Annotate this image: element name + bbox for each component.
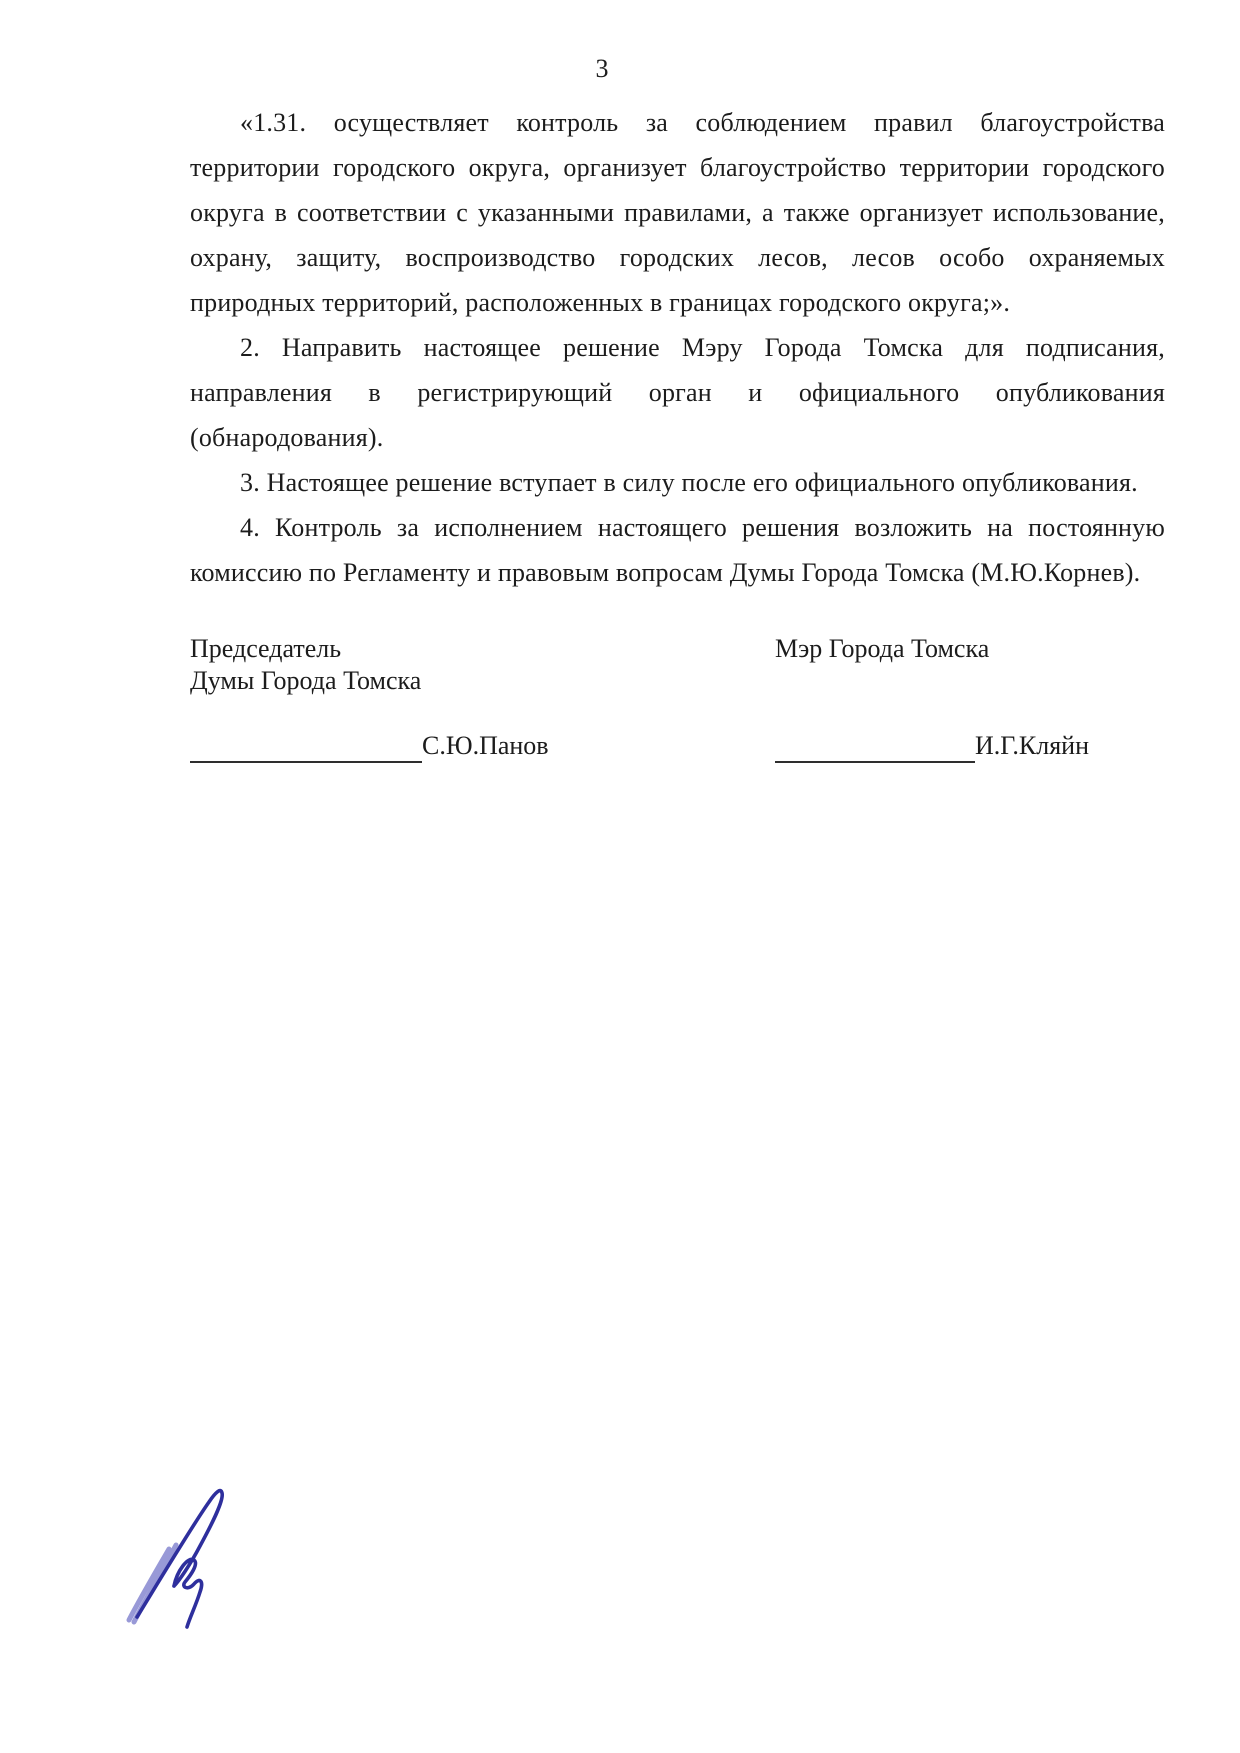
left-signature-line: С.Ю.Панов [190,729,549,763]
signature-ink-path [137,1491,222,1627]
signature-ink-shade-path [129,1545,176,1622]
signature-block: Председатель Думы Города Томска Мэр Горо… [190,633,1165,773]
right-signature-line: И.Г.Кляйн [775,729,1089,763]
paragraph-3: 3. Настоящее решение вступает в силу пос… [190,460,1165,505]
handwritten-signature-mark [113,1478,245,1636]
left-signatory-name: С.Ю.Панов [422,729,549,763]
paragraph-2: 2. Направить настоящее решение Мэру Горо… [190,325,1165,460]
left-signatory-title: Председатель Думы Города Томска [190,633,421,697]
right-signatory-name: И.Г.Кляйн [975,729,1089,763]
right-signatory-title: Мэр Города Томска [775,633,989,665]
signature-rule-left [190,732,422,763]
signature-rule-right [775,732,975,763]
paragraph-4: 4. Контроль за исполнением настоящего ре… [190,505,1165,595]
paragraph-1-31: «1.31. осуществляет контроль за соблюден… [190,100,1165,325]
page-number: 3 [0,54,1204,84]
document-page: 3 «1.31. осуществляет контроль за соблюд… [0,0,1240,1753]
body-text: «1.31. осуществляет контроль за соблюден… [190,100,1165,595]
